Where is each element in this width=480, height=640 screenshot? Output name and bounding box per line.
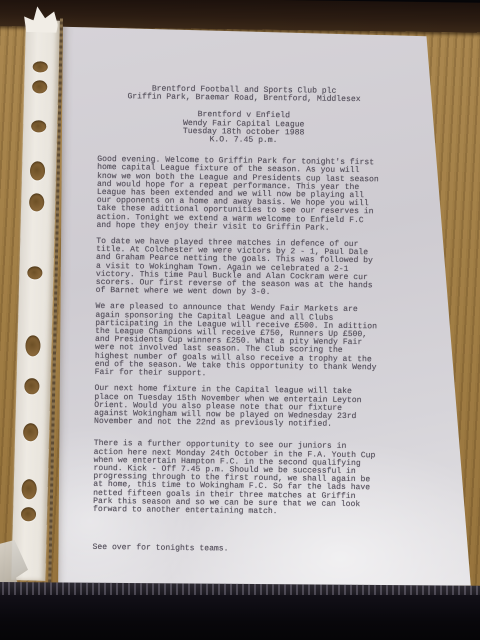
club-address: Griffin Park, Braemar Road, Brentford, M… [127,92,360,104]
punch-hole [33,61,48,72]
punch-hole [25,335,41,356]
punch-hole [32,80,47,93]
letter-text: Brentford Football and Sports Club plcGr… [56,24,480,556]
club-name-line: Brentford Football and Sports Club plcGr… [98,85,390,105]
fixture-header: Brentford v EnfieldWendy Fair Capital Le… [97,110,389,146]
punch-hole [23,423,38,441]
matchday-letter-page: Brentford Football and Sports Club plcGr… [56,24,480,593]
paragraph-welcome: Good evening. Welcome to Griffin Park fo… [96,156,479,234]
kickoff-time: K.O. 7.45 p.m. [209,135,277,145]
closing-line: See over for tonights teams. [92,544,474,557]
punch-hole [21,507,36,521]
punch-hole [29,193,44,211]
punch-hole [24,378,39,394]
paragraph-juniors: There is a further opportunity to see ou… [93,440,476,518]
punch-hole [21,479,37,499]
paragraph-sponsor: We are pleased to announce that Wendy Fa… [95,303,478,381]
punch-hole [27,266,42,279]
photo-scene: Brentford Football and Sports Club plcGr… [0,0,480,640]
punch-hole [31,120,46,132]
punch-hole [30,161,45,180]
dark-foreground [0,595,480,640]
paragraph-fixtures: Our next home fixture in the Capital lea… [94,385,476,431]
paragraph-results: To date we have played three matches in … [96,238,479,300]
plastic-punched-pocket: Brentford Football and Sports Club plcGr… [17,18,480,610]
